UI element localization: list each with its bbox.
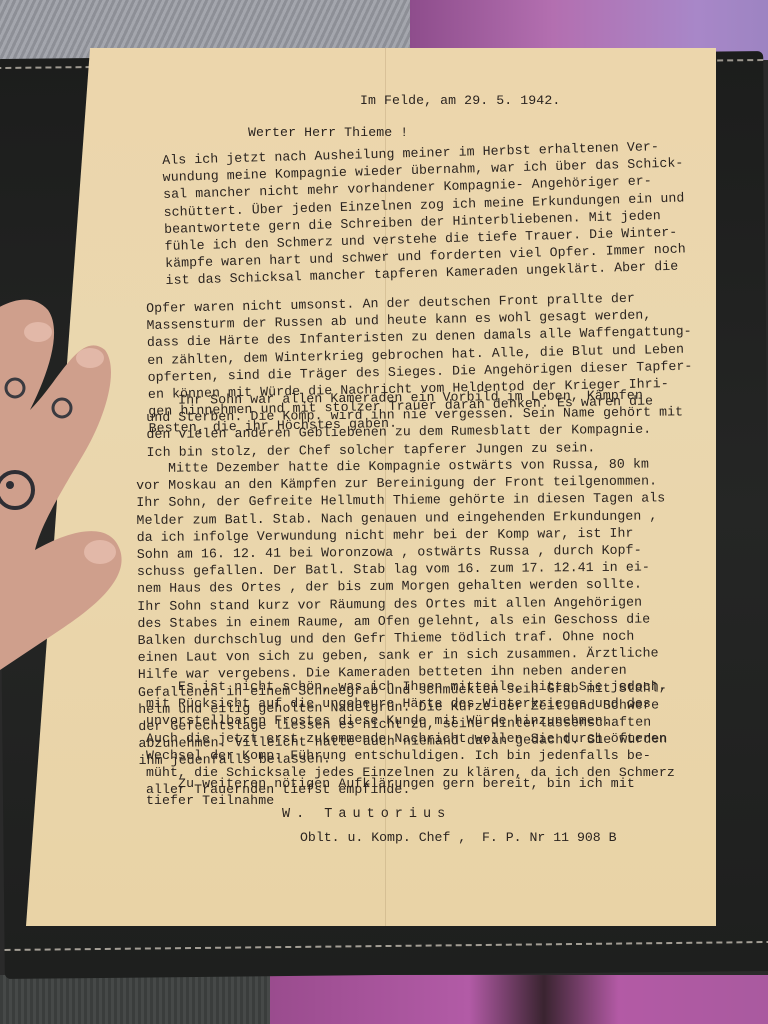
letter-line: mit Rücksicht auf die ungeheure Härte de… — [146, 695, 675, 712]
letter-salutation: Werter Herr Thieme ! — [248, 124, 408, 141]
letter-line: Wechsel der Komp. Führung entschuldigen.… — [146, 747, 675, 764]
background-fabric-pink — [270, 975, 768, 1024]
background-fabric-dark — [0, 975, 270, 1024]
letter-date-line: Im Felde, am 29. 5. 1942. — [360, 92, 560, 109]
letter-paragraph-1: Als ich jetzt nach Ausheilung meiner im … — [162, 137, 687, 289]
letter-line: Zu weiteren nötigen Aufklärungen gern be… — [146, 775, 635, 792]
letter-paragraph-3: Ihr Sohn war allen Kameraden ein Vorbild… — [146, 386, 684, 460]
letter-line: Auch die jetzt erst zukommende Nachricht… — [146, 730, 675, 747]
letter-paragraph-6: Zu weiteren nötigen Aufklärungen gern be… — [146, 775, 635, 809]
letter-line: unvorstellbaren Frostes diese Kunde mit … — [146, 712, 675, 729]
signature-name: W. Tautorius — [282, 807, 451, 822]
signature-title: Oblt. u. Komp. Chef , F. P. Nr 11 908 B — [300, 830, 617, 845]
letter-line: Es ist nicht schön, was ich Ihnen mittei… — [146, 678, 675, 695]
hand-fingers — [0, 290, 130, 710]
folder-stitching-bottom — [5, 941, 768, 951]
